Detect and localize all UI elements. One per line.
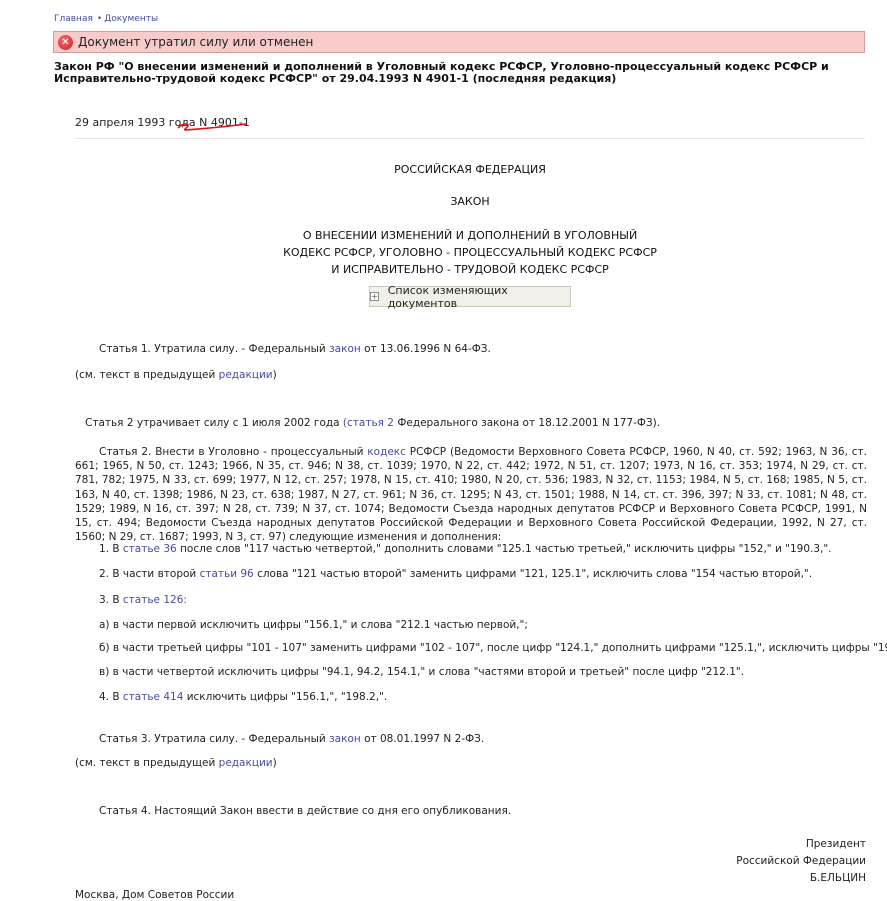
article-2: Статья 2. Внести в Уголовно - процессуал… xyxy=(75,445,867,544)
article-2-text: Статья 2. Внести в Уголовно - процессуал… xyxy=(99,446,367,458)
item-2: 2. В части второй статьи 96 слова "121 ч… xyxy=(99,568,812,580)
item-4: 4. В статье 414 исключить цифры "156.1,"… xyxy=(99,691,387,703)
red-underline-annotation xyxy=(176,121,248,133)
breadcrumb: Главная•Документы xyxy=(54,14,158,24)
breadcrumb-documents-link[interactable]: Документы xyxy=(104,14,158,24)
article-3-text: Статья 3. Утратила силу. - Федеральный xyxy=(99,733,329,745)
header-law-title: О ВНЕСЕНИИ ИЗМЕНЕНИЙ И ДОПОЛНЕНИЙ В УГОЛ… xyxy=(75,227,865,278)
signature-country: Российской Федерации xyxy=(736,855,866,867)
article-2-text-rest: РСФСР (Ведомости Верховного Совета РСФСР… xyxy=(75,446,867,543)
header-title-line: О ВНЕСЕНИИ ИЗМЕНЕНИЙ И ДОПОЛНЕНИЙ В УГОЛ… xyxy=(75,227,865,244)
item-3-text: 3. В xyxy=(99,594,123,606)
signing-place: Москва, Дом Советов России xyxy=(75,889,234,901)
item-3: 3. В статье 126: xyxy=(99,594,187,606)
previous-edition-link[interactable]: редакции xyxy=(219,757,273,769)
article-3: Статья 3. Утратила силу. - Федеральный з… xyxy=(99,733,484,745)
item-2-text: 2. В части второй xyxy=(99,568,200,580)
item-2-text-end: слова "121 частью второй" заменить цифра… xyxy=(254,568,812,580)
item-1-text-end: после слов "117 частью четвертой," допол… xyxy=(177,543,832,555)
article-36-link[interactable]: статье 36 xyxy=(123,543,177,555)
see-prev-text: (см. текст в предыдущей xyxy=(75,757,219,769)
breadcrumb-home-link[interactable]: Главная xyxy=(54,14,93,24)
see-previous-edition-3: (см. текст в предыдущей редакции) xyxy=(75,757,277,769)
see-previous-edition-1: (см. текст в предыдущей редакции) xyxy=(75,369,277,381)
article-2-source-link[interactable]: статья 2 xyxy=(347,417,394,429)
item-3c: в) в части четвертой исключить цифры "94… xyxy=(99,666,744,678)
article-96-link[interactable]: статьи 96 xyxy=(200,568,254,580)
item-1: 1. В статье 36 после слов "117 частью че… xyxy=(99,543,832,555)
see-prev-text: (см. текст в предыдущей xyxy=(75,369,219,381)
item-3a: а) в части первой исключить цифры "156.1… xyxy=(99,619,528,631)
signature-name: Б.ЕЛЬЦИН xyxy=(810,872,866,884)
alert-text: Документ утратил силу или отменен xyxy=(78,35,313,49)
document-title: Закон РФ "О внесении изменений и дополне… xyxy=(54,61,854,85)
header-country: РОССИЙСКАЯ ФЕДЕРАЦИЯ xyxy=(75,163,865,176)
signature-title: Президент xyxy=(806,838,866,850)
article-3-text-end: от 08.01.1997 N 2-ФЗ. xyxy=(361,733,484,745)
previous-edition-link[interactable]: редакции xyxy=(219,369,273,381)
article-126-link[interactable]: статье 126: xyxy=(123,594,187,606)
changes-list-label: Список изменяющих документов xyxy=(388,284,570,310)
article-414-link[interactable]: статье 414 xyxy=(123,691,183,703)
article-1-text: Статья 1. Утратила силу. - Федеральный xyxy=(99,343,329,355)
item-4-text-end: исключить цифры "156.1,", "198.2,". xyxy=(183,691,387,703)
see-prev-close: ) xyxy=(273,757,277,769)
plus-box-icon: + xyxy=(370,292,379,301)
breadcrumb-separator: • xyxy=(97,14,102,24)
item-1-text: 1. В xyxy=(99,543,123,555)
article-2-repeal-note: Статья 2 утрачивает силу с 1 июля 2002 г… xyxy=(85,417,660,429)
article-1: Статья 1. Утратила силу. - Федеральный з… xyxy=(99,343,491,355)
article-4: Статья 4. Настоящий Закон ввести в дейст… xyxy=(99,805,511,817)
divider xyxy=(75,138,865,139)
changes-list-button[interactable]: + Список изменяющих документов xyxy=(369,286,571,307)
header-title-line: И ИСПРАВИТЕЛЬНО - ТРУДОВОЙ КОДЕКС РСФСР xyxy=(75,261,865,278)
see-prev-close: ) xyxy=(273,369,277,381)
article-1-law-link[interactable]: закон xyxy=(329,343,361,355)
item-4-text: 4. В xyxy=(99,691,123,703)
status-alert-revoked: ✕ Документ утратил силу или отменен xyxy=(53,31,865,53)
header-law-type: ЗАКОН xyxy=(75,195,865,208)
article-3-law-link[interactable]: закон xyxy=(329,733,361,745)
article-1-text-end: от 13.06.1996 N 64-ФЗ. xyxy=(361,343,491,355)
item-3b: б) в части третьей цифры "101 - 107" зам… xyxy=(99,642,887,654)
header-title-line: КОДЕКС РСФСР, УГОЛОВНО - ПРОЦЕССУАЛЬНЫЙ … xyxy=(75,244,865,261)
code-link[interactable]: кодекс xyxy=(367,446,406,458)
error-x-icon: ✕ xyxy=(58,35,73,50)
article-2-note-text: Статья 2 утрачивает силу с 1 июля 2002 г… xyxy=(85,417,343,429)
article-2-note-end: Федерального закона от 18.12.2001 N 177-… xyxy=(394,417,660,429)
